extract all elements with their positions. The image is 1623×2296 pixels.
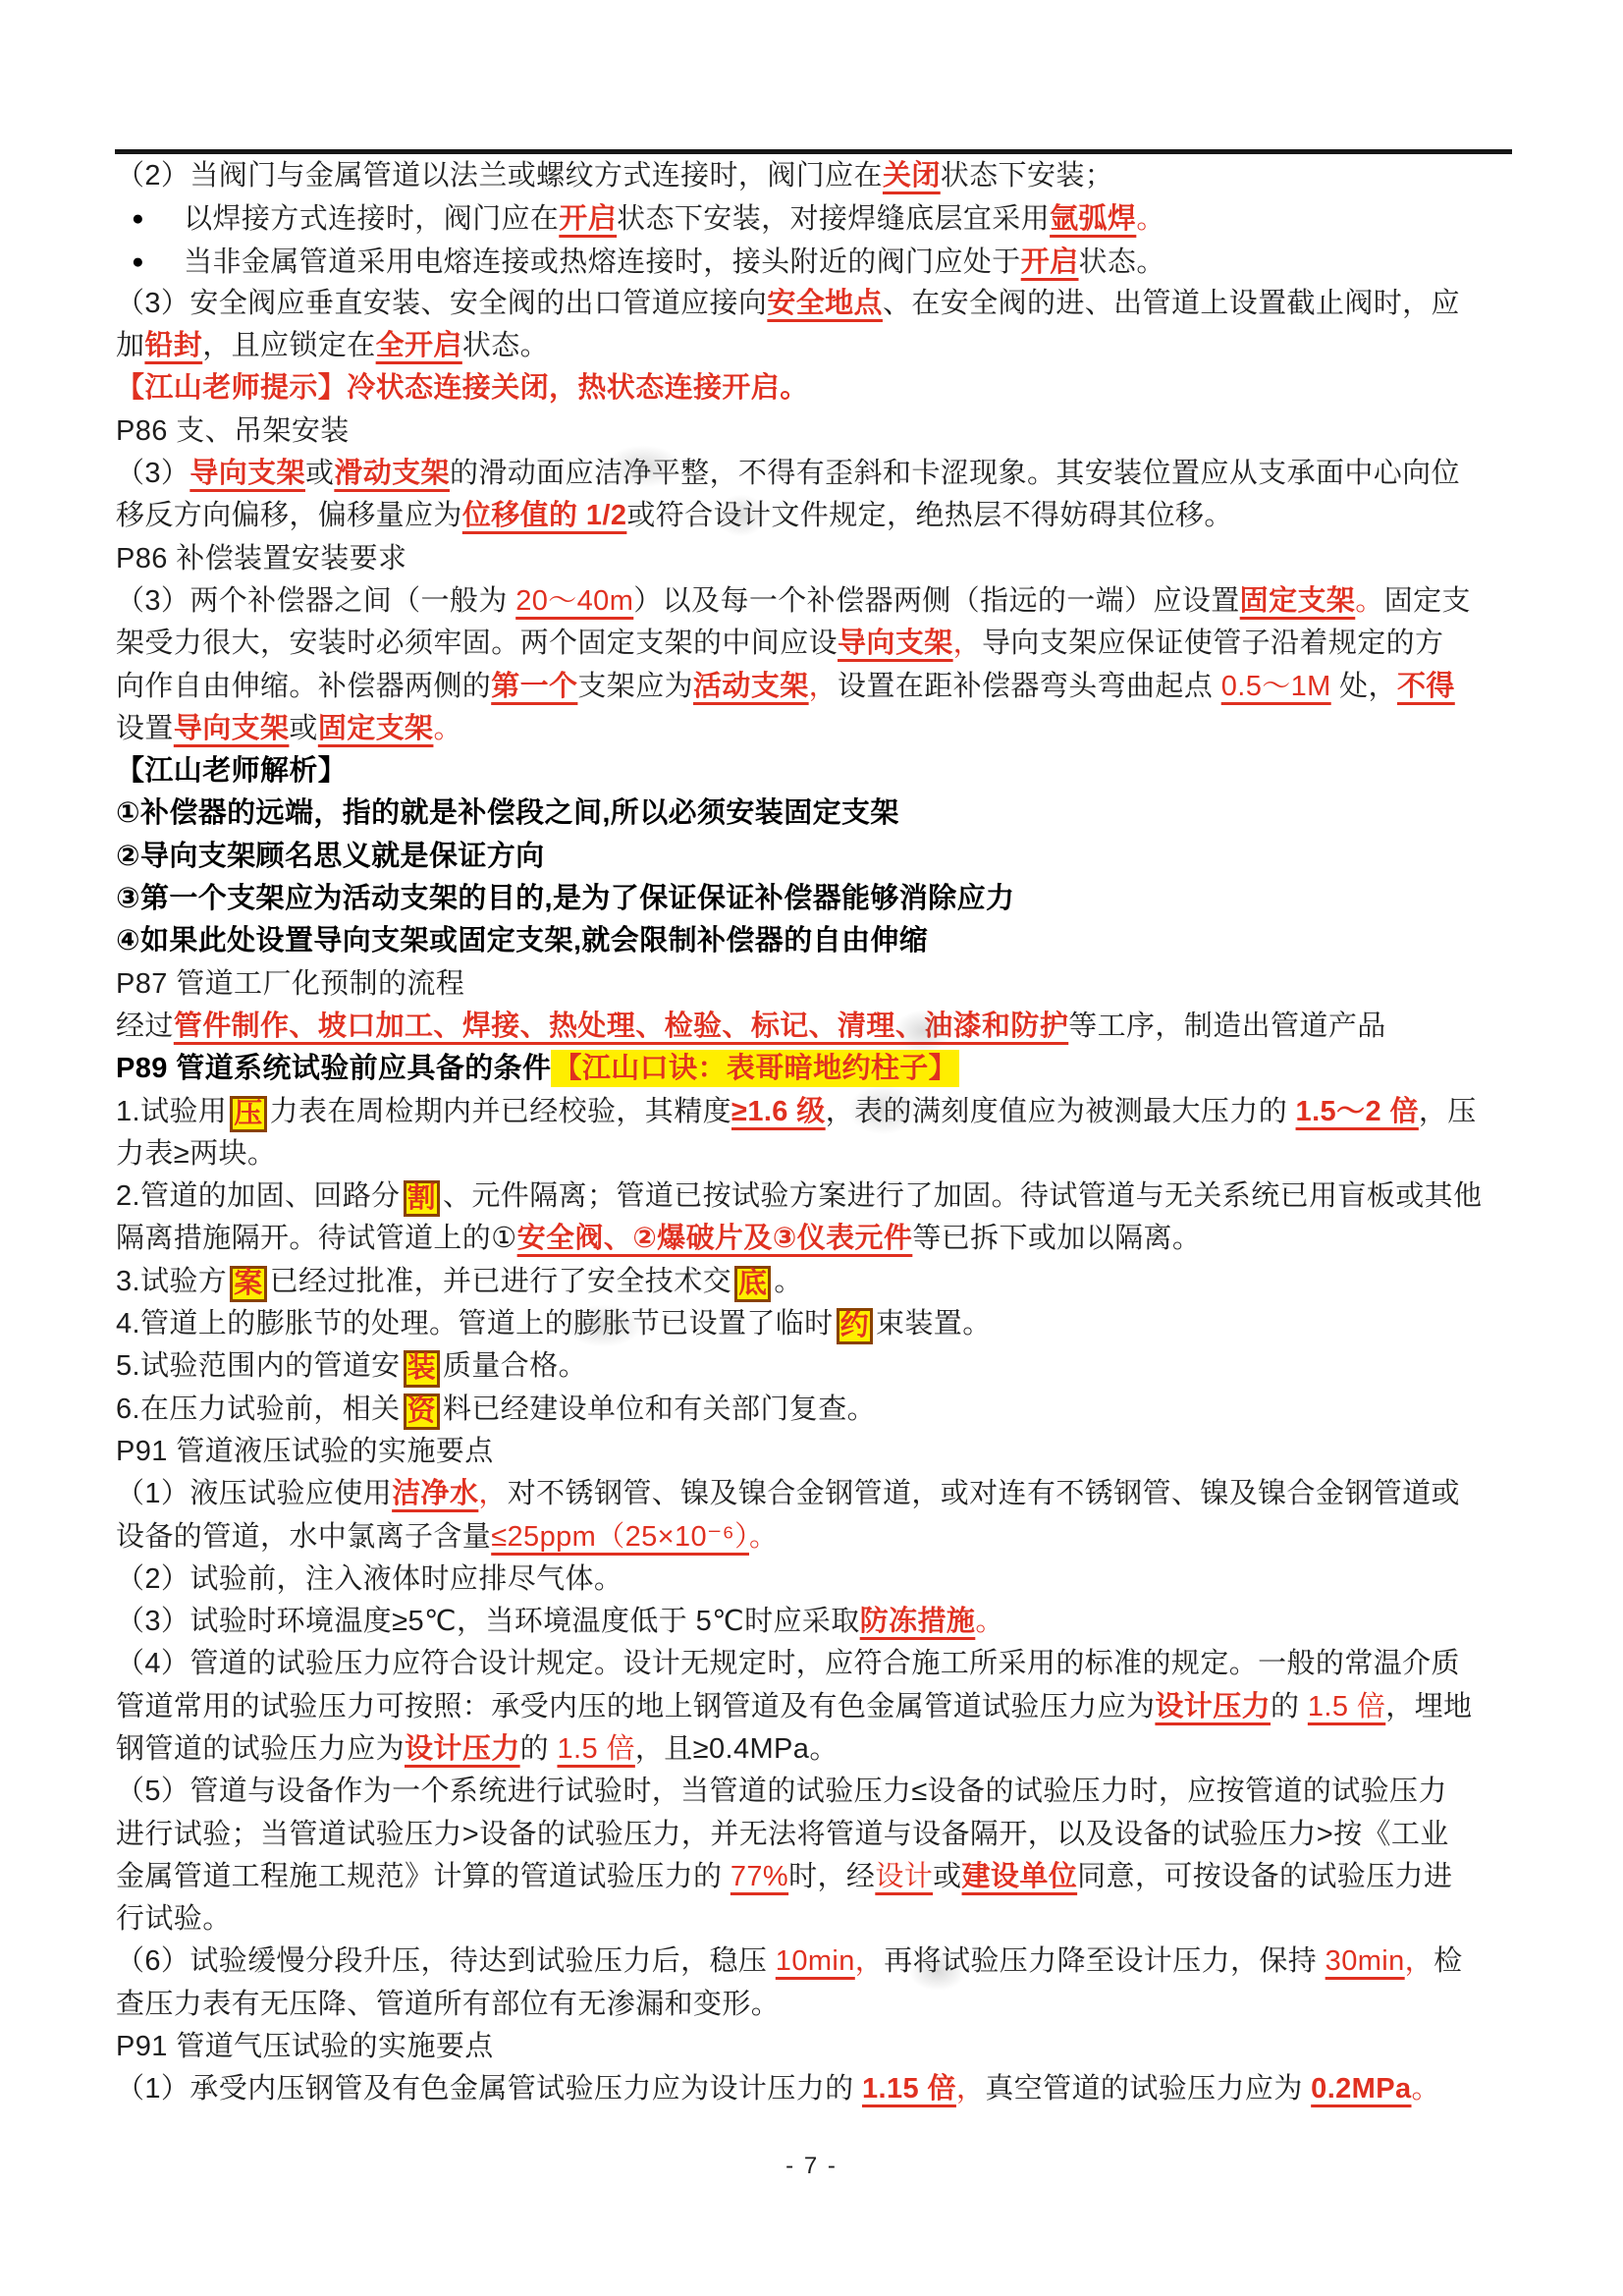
text-line: （5）管道与设备作为一个系统进行试验时，当管道的试验压力≤设备的试验压力时，应按… bbox=[116, 1771, 1518, 1813]
text-run: 向作自由伸缩。补偿器两侧的 bbox=[116, 671, 491, 702]
text-run: 4.管道上的膨胀节的处理。管道上的膨胀节已设置了临时 bbox=[116, 1308, 834, 1339]
text-line: ●当非金属管道采用电熔连接或热熔连接时，接头附近的阀门应处于开启状态。 bbox=[116, 241, 1518, 283]
text-run: 、在安全阀的进、出管道上设置截止阀时，应 bbox=[883, 288, 1460, 319]
red-term: 安全阀、②爆破片及③仪表元件 bbox=[517, 1223, 913, 1254]
text-run: 的滑动面应洁净平整，不得有歪斜和卡涩现象。其安装位置应从支承面中心向位 bbox=[450, 458, 1460, 489]
text-run: 等已拆下或加以隔离。 bbox=[912, 1223, 1201, 1254]
red-value: 20～40m bbox=[515, 585, 633, 617]
red-term: 不得 bbox=[1397, 671, 1455, 702]
text-run: 支架应为 bbox=[577, 671, 693, 702]
text-run: （6）试验缓慢分段升压，待达到试验压力后，稳压 bbox=[116, 1945, 776, 1977]
text-run: 束装置。 bbox=[876, 1308, 992, 1339]
text-run: 真空管道的试验压力应为 bbox=[985, 2073, 1311, 2105]
text-line: 经过管件制作、坡口加工、焊接、热处理、检验、标记、清理、油漆和防护等工序，制造出… bbox=[116, 1006, 1518, 1048]
document-page: （2）当阀门与金属管道以法兰或螺纹方式连接时，阀门应在关闭状态下安装；●以焊接方… bbox=[0, 0, 1623, 2296]
text-line: 力表≥两块。 bbox=[116, 1133, 1518, 1175]
text-line: （2）试验前，注入液体时应排尽气体。 bbox=[116, 1558, 1518, 1601]
text-run: P86 支、吊架安装 bbox=[116, 415, 350, 447]
text-line: P91 管道液压试验的实施要点 bbox=[116, 1431, 1518, 1473]
red-punct: 。 bbox=[749, 1521, 778, 1553]
mnemonic-highlight: 【江山口诀：表哥暗地约柱子】 bbox=[551, 1050, 959, 1087]
red-term: 防冻措施 bbox=[860, 1606, 976, 1637]
text-line: 移反方向偏移，偏移量应为位移值的 1/2或符合设计文件规定，绝热层不得妨碍其位移… bbox=[116, 495, 1518, 537]
text-run: 力表在周检期内并已经校验，其精度 bbox=[270, 1096, 731, 1127]
red-punct: 。 bbox=[975, 1606, 1003, 1637]
boxed-char: 案 bbox=[230, 1266, 266, 1302]
text-run: 的 bbox=[1271, 1691, 1308, 1722]
text-line: 5.试验范围内的管道安装质量合格。 bbox=[116, 1345, 1518, 1388]
red-term: 关闭 bbox=[883, 160, 941, 191]
text-line: 架受力很大，安装时必须牢固。两个固定支架的中间应设导向支架，导向支架应保证使管子… bbox=[116, 623, 1518, 665]
red-value: 10min bbox=[776, 1945, 855, 1977]
text-run: 或符合设计文件规定，绝热层不得妨碍其位移。 bbox=[626, 500, 1232, 531]
text-line: 进行试验；当管道试验压力>设备的试验压力，并无法将管道与设备隔开，以及设备的试验… bbox=[116, 1814, 1518, 1856]
bullet-icon: ● bbox=[132, 207, 144, 230]
red-term: 安全地点 bbox=[767, 288, 883, 319]
text-run: 进行试验；当管道试验压力>设备的试验压力，并无法将管道与设备隔开，以及设备的试验… bbox=[116, 1819, 1449, 1850]
red-term: 导向支架 bbox=[174, 713, 290, 744]
text-run: （1）承受内压钢管及有色金属管试验压力应为设计压力的 bbox=[116, 2073, 862, 2105]
text-run: ，且应锁定在 bbox=[202, 330, 375, 361]
red-term: 固定支架 bbox=[318, 713, 434, 744]
bold-text: P89 管道系统试验前应具备的条件 bbox=[116, 1053, 551, 1084]
text-run: （3）试验时环境温度≥5℃，当环境温度低于 5℃时应采取 bbox=[116, 1606, 860, 1637]
text-run: ）以及每一个补偿器两侧（指远的一端）应设置 bbox=[633, 585, 1239, 617]
text-run: 状态。 bbox=[1079, 246, 1165, 278]
text-run: 金属管道工程施工规范》计算的管道试验压力的 bbox=[116, 1861, 730, 1892]
boxed-char: 割 bbox=[404, 1180, 440, 1217]
red-term: 开启 bbox=[1021, 246, 1079, 278]
text-run: 当非金属管道采用电熔连接或热熔连接时，接头附近的阀门应处于 bbox=[184, 246, 1021, 278]
red-term: 管件制作、坡口加工、焊接、热处理、检验、标记、清理、油漆和防护 bbox=[174, 1011, 1068, 1042]
text-run: 3.试验方 bbox=[116, 1266, 227, 1297]
red-punct: 。 bbox=[1412, 2073, 1440, 2105]
text-line: 钢管道的试验压力应为设计压力的 1.5 倍，且≥0.4MPa。 bbox=[116, 1728, 1518, 1771]
text-line: 【江山老师提示】冷状态连接关闭，热状态连接开启。 bbox=[116, 367, 1518, 410]
text-run: 检 bbox=[1434, 1945, 1462, 1977]
bold-text: ②导向支架顾名思义就是保证方向 bbox=[116, 841, 545, 872]
text-run: 再将试验压力降至设计压力，保持 bbox=[884, 1945, 1325, 1977]
text-run: 质量合格。 bbox=[443, 1350, 587, 1382]
text-line: 设备的管道，水中氯离子含量≤25ppm（25×10⁻⁶）。 bbox=[116, 1516, 1518, 1558]
text-line: 金属管道工程施工规范》计算的管道试验压力的 77%时，经设计或建设单位同意，可按… bbox=[116, 1856, 1518, 1898]
bullet-icon: ● bbox=[132, 250, 144, 273]
text-run: （2）当阀门与金属管道以法兰或螺纹方式连接时，阀门应在 bbox=[116, 160, 883, 191]
text-run: 移反方向偏移，偏移量应为 bbox=[116, 500, 462, 531]
text-run: 状态下安装，对接焊缝底层宜采用 bbox=[617, 203, 1050, 235]
red-term: 1.5～2 倍 bbox=[1296, 1096, 1419, 1127]
teacher-tip-text: 【江山老师提示】冷状态连接关闭，热状态连接开启。 bbox=[116, 372, 809, 404]
top-rule bbox=[115, 149, 1512, 154]
text-run: 加 bbox=[116, 330, 144, 361]
red-term: 固定支架 bbox=[1240, 585, 1356, 617]
bold-text: ④如果此处设置导向支架或固定支架,就会限制补偿器的自由伸缩 bbox=[116, 925, 928, 957]
red-value: 77% bbox=[730, 1861, 788, 1892]
text-run: 固定支 bbox=[1384, 585, 1471, 617]
red-punct: 。 bbox=[1136, 203, 1164, 235]
text-run: ，且≥0.4MPa。 bbox=[635, 1733, 839, 1765]
red-term: 设计压力 bbox=[1155, 1691, 1271, 1722]
text-line: 3.试验方案已经过批准，并已进行了安全技术交底。 bbox=[116, 1261, 1518, 1303]
text-run: （1）液压试验应使用 bbox=[116, 1478, 392, 1509]
boxed-char: 压 bbox=[230, 1096, 266, 1132]
red-term: 1.15 倍 bbox=[862, 2073, 956, 2105]
text-line: 行试验。 bbox=[116, 1898, 1518, 1941]
red-term: 位移值的 1/2 bbox=[462, 500, 627, 531]
text-run: （4）管道的试验压力应符合设计规定。设计无规定时，应符合施工所采用的标准的规定。… bbox=[116, 1648, 1460, 1679]
text-line: （1）承受内压钢管及有色金属管试验压力应为设计压力的 1.15 倍，真空管道的试… bbox=[116, 2068, 1518, 2110]
document-body: （2）当阀门与金属管道以法兰或螺纹方式连接时，阀门应在关闭状态下安装；●以焊接方… bbox=[116, 155, 1518, 2111]
text-run: 已经过批准，并已进行了安全技术交 bbox=[270, 1266, 731, 1297]
text-run: （2）试验前，注入液体时应排尽气体。 bbox=[116, 1563, 622, 1595]
red-punct: ， bbox=[956, 2073, 985, 2105]
text-run: 对不锈钢管、镍及镍合金钢管道，或对连有不锈钢管、镍及镍合金钢管道或 bbox=[508, 1478, 1460, 1509]
text-run: 或 bbox=[305, 458, 334, 489]
red-term: 第一个 bbox=[491, 671, 577, 702]
text-line: ③第一个支架应为活动支架的目的,是为了保证保证补偿器能够消除应力 bbox=[116, 878, 1518, 920]
text-run: 同意，可按设备的试验压力进 bbox=[1077, 1861, 1452, 1892]
bold-text: ③第一个支架应为活动支架的目的,是为了保证保证补偿器能够消除应力 bbox=[116, 883, 1014, 914]
text-run: 、元件隔离；管道已按试验方案进行了加固。待试管道与无关系统已用盲板或其他 bbox=[443, 1180, 1482, 1212]
page-number: - 7 - bbox=[0, 2153, 1623, 2180]
text-run: P91 管道液压试验的实施要点 bbox=[116, 1436, 494, 1467]
red-term: 开启 bbox=[559, 203, 617, 235]
red-punct: ， bbox=[953, 628, 982, 659]
text-run: 力表≥两块。 bbox=[116, 1138, 276, 1170]
red-punct: ， bbox=[855, 1945, 884, 1977]
text-run: 5.试验范围内的管道安 bbox=[116, 1350, 401, 1382]
text-line: P87 管道工厂化预制的流程 bbox=[116, 963, 1518, 1006]
text-run: ，压 bbox=[1419, 1096, 1477, 1127]
red-term: 全开启 bbox=[376, 330, 462, 361]
text-run: 等工序，制造出管道产品 bbox=[1068, 1011, 1385, 1042]
red-term: 导向支架 bbox=[189, 458, 305, 489]
text-line: P86 支、吊架安装 bbox=[116, 410, 1518, 453]
red-value: 1.5 倍 bbox=[557, 1733, 634, 1765]
text-line: ①补偿器的远端，指的就是补偿段之间,所以必须安装固定支架 bbox=[116, 793, 1518, 835]
text-line: 设置导向支架或固定支架。 bbox=[116, 708, 1518, 750]
text-run: 1.试验用 bbox=[116, 1096, 227, 1127]
text-run: 时，经 bbox=[788, 1861, 875, 1892]
boxed-char: 约 bbox=[837, 1308, 873, 1344]
text-run: P86 补偿装置安装要求 bbox=[116, 543, 406, 574]
text-line: （3）两个补偿器之间（一般为 20～40m）以及每一个补偿器两侧（指远的一端）应… bbox=[116, 580, 1518, 623]
red-term: 铅封 bbox=[144, 330, 202, 361]
red-term: 0.2MPa bbox=[1311, 2073, 1411, 2105]
red-value: 30min bbox=[1325, 1945, 1405, 1977]
bold-text: 【江山老师解析】 bbox=[116, 755, 347, 787]
red-term: 氩弧焊 bbox=[1050, 203, 1136, 235]
red-term: 洁净水 bbox=[392, 1478, 478, 1509]
text-line: P86 补偿装置安装要求 bbox=[116, 538, 1518, 580]
text-line: 4.管道上的膨胀节的处理。管道上的膨胀节已设置了临时约束装置。 bbox=[116, 1303, 1518, 1345]
boxed-char: 装 bbox=[404, 1350, 440, 1387]
text-line: 6.在压力试验前，相关资料已经建设单位和有关部门复查。 bbox=[116, 1389, 1518, 1431]
bold-text: ①补偿器的远端，指的就是补偿段之间,所以必须安装固定支架 bbox=[116, 797, 899, 829]
text-run: 钢管道的试验压力应为 bbox=[116, 1733, 405, 1765]
text-line: （3）试验时环境温度≥5℃，当环境温度低于 5℃时应采取防冻措施。 bbox=[116, 1601, 1518, 1643]
text-run: 或 bbox=[933, 1861, 961, 1892]
text-line: 隔离措施隔开。待试管道上的①安全阀、②爆破片及③仪表元件等已拆下或加以隔离。 bbox=[116, 1218, 1518, 1260]
text-run: ，表的满刻度值应为被测最大压力的 bbox=[826, 1096, 1296, 1127]
text-line: 管道常用的试验压力可按照：承受内压的地上钢管道及有色金属管道试验压力应为设计压力… bbox=[116, 1686, 1518, 1728]
text-run: P87 管道工厂化预制的流程 bbox=[116, 968, 464, 1000]
text-run: 料已经建设单位和有关部门复查。 bbox=[443, 1394, 876, 1425]
text-run: 行试验。 bbox=[116, 1903, 232, 1935]
red-punct: ， bbox=[809, 671, 838, 702]
text-run: （5）管道与设备作为一个系统进行试验时，当管道的试验压力≤设备的试验压力时，应按… bbox=[116, 1776, 1447, 1807]
text-run: 。 bbox=[774, 1266, 802, 1297]
boxed-char: 底 bbox=[734, 1266, 771, 1302]
text-run: 导向支架应保证使管子沿着规定的方 bbox=[982, 628, 1443, 659]
text-line: 向作自由伸缩。补偿器两侧的第一个支架应为活动支架，设置在距补偿器弯头弯曲起点 0… bbox=[116, 666, 1518, 708]
text-run: 设备的管道，水中氯离子含量 bbox=[116, 1521, 491, 1553]
text-run: 查压力表有无压降、管道所有部位有无渗漏和变形。 bbox=[116, 1989, 780, 2020]
red-term: 滑动支架 bbox=[334, 458, 450, 489]
text-line: P89 管道系统试验前应具备的条件【江山口诀：表哥暗地约柱子】 bbox=[116, 1048, 1518, 1090]
red-term: 设计压力 bbox=[405, 1733, 520, 1765]
red-term: 活动支架 bbox=[693, 671, 809, 702]
text-run: 架受力很大，安装时必须牢固。两个固定支架的中间应设 bbox=[116, 628, 838, 659]
red-term: 导向支架 bbox=[838, 628, 953, 659]
text-line: 2.管道的加固、回路分割、元件隔离；管道已按试验方案进行了加固。待试管道与无关系… bbox=[116, 1175, 1518, 1218]
text-run: 的 bbox=[520, 1733, 558, 1765]
red-value: 1.5 倍 bbox=[1308, 1691, 1385, 1722]
red-term: 建设单位 bbox=[962, 1861, 1078, 1892]
text-line: 加铅封，且应锁定在全开启状态。 bbox=[116, 325, 1518, 367]
text-line: （3）导向支架或滑动支架的滑动面应洁净平整，不得有歪斜和卡涩现象。其安装位置应从… bbox=[116, 453, 1518, 495]
text-run: （3）安全阀应垂直安装、安全阀的出口管道应接向 bbox=[116, 288, 767, 319]
text-run: 6.在压力试验前，相关 bbox=[116, 1394, 401, 1425]
boxed-char: 资 bbox=[404, 1394, 440, 1430]
text-run: （3）两个补偿器之间（一般为 bbox=[116, 585, 515, 617]
red-value: ≤25ppm（25×10⁻⁶） bbox=[491, 1521, 749, 1553]
text-run: （3） bbox=[116, 458, 189, 489]
text-run: 以焊接方式连接时，阀门应在 bbox=[184, 203, 559, 235]
text-line: P91 管道气压试验的实施要点 bbox=[116, 2026, 1518, 2068]
text-line: ④如果此处设置导向支架或固定支架,就会限制补偿器的自由伸缩 bbox=[116, 920, 1518, 962]
text-run: 状态下安装； bbox=[941, 160, 1113, 191]
text-line: 查压力表有无压降、管道所有部位有无渗漏和变形。 bbox=[116, 1984, 1518, 2026]
red-term: ≥1.6 级 bbox=[731, 1096, 826, 1127]
text-line: （1）液压试验应使用洁净水，对不锈钢管、镍及镍合金钢管道，或对连有不锈钢管、镍及… bbox=[116, 1473, 1518, 1515]
text-line: （6）试验缓慢分段升压，待达到试验压力后，稳压 10min，再将试验压力降至设计… bbox=[116, 1941, 1518, 1983]
text-line: 【江山老师解析】 bbox=[116, 750, 1518, 793]
text-run: 管道常用的试验压力可按照：承受内压的地上钢管道及有色金属管道试验压力应为 bbox=[116, 1691, 1155, 1722]
red-punct: 。 bbox=[433, 713, 461, 744]
text-run: 隔离措施隔开。待试管道上的① bbox=[116, 1223, 517, 1254]
red-value: 设计 bbox=[875, 1861, 933, 1892]
text-run: P91 管道气压试验的实施要点 bbox=[116, 2031, 494, 2062]
red-punct: 。 bbox=[1355, 585, 1383, 617]
text-run: 设置在距补偿器弯头弯曲起点 bbox=[838, 671, 1221, 702]
red-punct: ， bbox=[1405, 1945, 1434, 1977]
text-run: 经过 bbox=[116, 1011, 174, 1042]
text-run: 状态。 bbox=[462, 330, 549, 361]
red-value: 0.5～1M bbox=[1221, 671, 1331, 702]
text-run: ，埋地 bbox=[1385, 1691, 1472, 1722]
text-run: 2.管道的加固、回路分 bbox=[116, 1180, 401, 1212]
text-line: 1.试验用压力表在周检期内并已经校验，其精度≥1.6 级，表的满刻度值应为被测最… bbox=[116, 1091, 1518, 1133]
text-run: 设置 bbox=[116, 713, 174, 744]
red-punct: ， bbox=[478, 1478, 507, 1509]
text-line: （3）安全阀应垂直安装、安全阀的出口管道应接向安全地点、在安全阀的进、出管道上设… bbox=[116, 283, 1518, 325]
text-run: 处， bbox=[1331, 671, 1397, 702]
text-line: ●以焊接方式连接时，阀门应在开启状态下安装，对接焊缝底层宜采用氩弧焊。 bbox=[116, 197, 1518, 240]
text-run: 或 bbox=[289, 713, 317, 744]
text-line: ②导向支架顾名思义就是保证方向 bbox=[116, 836, 1518, 878]
text-line: （4）管道的试验压力应符合设计规定。设计无规定时，应符合施工所采用的标准的规定。… bbox=[116, 1643, 1518, 1685]
text-line: （2）当阀门与金属管道以法兰或螺纹方式连接时，阀门应在关闭状态下安装； bbox=[116, 155, 1518, 197]
